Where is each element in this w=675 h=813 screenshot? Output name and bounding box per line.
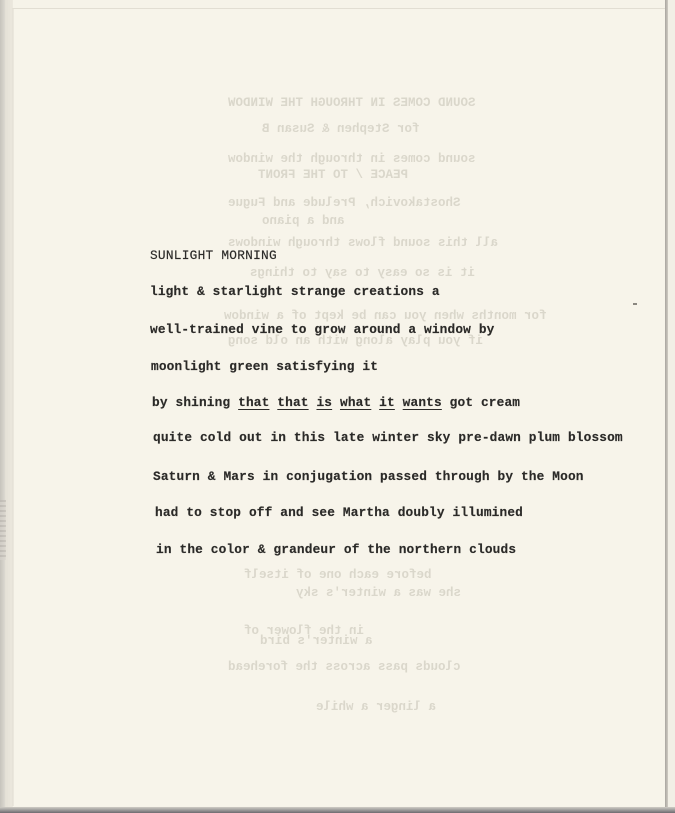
underlined-word: wants (403, 395, 442, 410)
poem-line: Saturn & Mars in conjugation passed thro… (153, 469, 584, 484)
line-text: in the color & grandeur of the northern … (156, 542, 516, 557)
show-through-line: sound comes in through the window (228, 152, 476, 166)
underlined-word: it (379, 395, 395, 410)
show-through-line: a winter's bird (260, 634, 373, 648)
underlined-word: what (340, 395, 371, 410)
poem-title: SUNLIGHT MORNING (150, 248, 277, 263)
line-text: got cream (442, 395, 520, 410)
show-through-line: and a piano (262, 214, 345, 228)
show-through-line: PEACE / TO THE FRONT (258, 168, 408, 182)
underlined-word: is (316, 395, 332, 410)
poem-line: moonlight green satisfying it (151, 359, 378, 374)
line-text: moonlight green satisfying it (151, 359, 378, 374)
line-text: had to stop off and see Martha doubly il… (155, 505, 523, 520)
show-through-line: it is so easy to say to things (250, 266, 475, 280)
stacked-page-edges (0, 500, 6, 560)
show-through-line: Shostakovich, Prelude and Fugue (228, 196, 461, 210)
poem-line: well-trained vine to grow around a windo… (150, 322, 495, 337)
line-text (395, 395, 403, 410)
paper-speck (633, 303, 637, 305)
show-through-line: for months when you can be kept of a win… (224, 309, 547, 323)
poem-line: quite cold out in this late winter sky p… (153, 430, 623, 445)
underlined-word: that (277, 395, 308, 410)
line-text: by shining (152, 395, 238, 410)
line-text (371, 395, 379, 410)
show-through-line: she was a winter's sky (296, 586, 461, 600)
scan-bottom-shadow (0, 807, 675, 813)
poem-line: light & starlight strange creations a (150, 284, 440, 299)
show-through-line: a linger a while (316, 700, 436, 714)
show-through-line: for Stephen & Susan B (262, 122, 420, 136)
poem-line: in the color & grandeur of the northern … (156, 542, 516, 557)
line-text: quite cold out in this late winter sky p… (153, 430, 623, 445)
line-text: well-trained vine to grow around a windo… (150, 322, 495, 337)
line-text (332, 395, 340, 410)
page-right-margin (668, 0, 675, 813)
show-through-line: before each one of itself (244, 568, 432, 582)
underlined-word: that (238, 395, 269, 410)
show-through-line: SOUND COMES IN THROUGH THE WINDOW (228, 96, 476, 110)
poem-line: by shining that that is what it wants go… (152, 395, 520, 410)
line-text: light & starlight strange creations a (150, 284, 440, 299)
show-through-line: clouds pass across the forehead (228, 660, 461, 674)
line-text: Saturn & Mars in conjugation passed thro… (153, 469, 584, 484)
poem-line: had to stop off and see Martha doubly il… (155, 505, 523, 520)
